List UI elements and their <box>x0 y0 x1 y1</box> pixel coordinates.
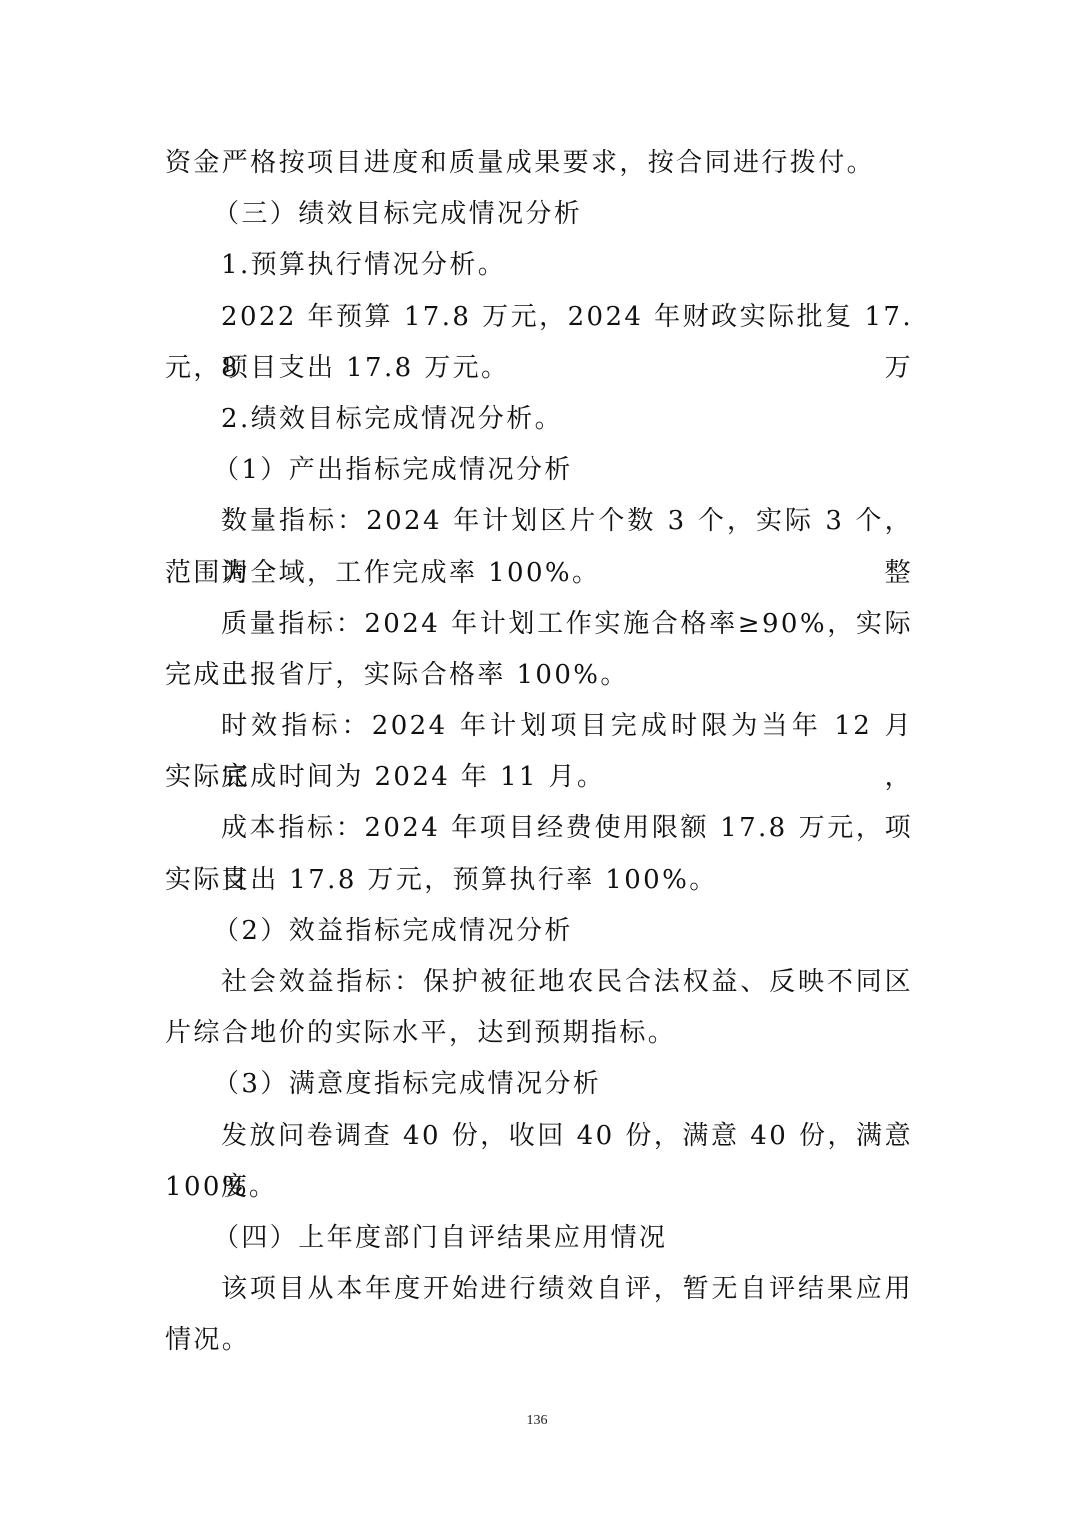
section-heading-performance-goals: （三）绩效目标完成情况分析 <box>165 189 913 240</box>
paragraph-quality-indicator-line-2: 完成上报省厅，实际合格率 100%。 <box>165 650 913 701</box>
paragraph-cost-indicator-line-2: 实际支出 17.8 万元，预算执行率 100%。 <box>165 855 913 906</box>
sub-section-heading-output-indicators: （1）产出指标完成情况分析 <box>165 445 913 496</box>
subheading-goal-completion: 2.绩效目标完成情况分析。 <box>165 394 913 445</box>
document-body: 资金严格按项目进度和质量成果要求，按合同进行拨付。 （三）绩效目标完成情况分析 … <box>165 138 913 1367</box>
paragraph-prior-year-evaluation-line-1: 该项目从本年度开始进行绩效自评，暂无自评结果应用 <box>165 1264 913 1315</box>
paragraph-cost-indicator-line-1: 成本指标：2024 年项目经费使用限额 17.8 万元，项目 <box>165 803 913 854</box>
paragraph-prior-year-evaluation-line-2: 情况。 <box>165 1315 913 1366</box>
paragraph-timeliness-indicator-line-1: 时效指标：2024 年计划项目完成时限为当年 12 月底， <box>165 701 913 752</box>
page-number: 136 <box>0 1413 1074 1429</box>
section-heading-prior-year-evaluation: （四）上年度部门自评结果应用情况 <box>165 1213 913 1264</box>
paragraph-social-benefit-line-1: 社会效益指标：保护被征地农民合法权益、反映不同区 <box>165 957 913 1008</box>
paragraph-quality-indicator-line-1: 质量指标：2024 年计划工作实施合格率≥90%，实际已 <box>165 599 913 650</box>
document-page: 资金严格按项目进度和质量成果要求，按合同进行拨付。 （三）绩效目标完成情况分析 … <box>0 0 1074 1520</box>
paragraph-satisfaction-line-1: 发放问卷调查 40 份，收回 40 份，满意 40 份，满意度 <box>165 1111 913 1162</box>
paragraph-social-benefit-line-2: 片综合地价的实际水平，达到预期指标。 <box>165 1008 913 1059</box>
paragraph-satisfaction-line-2: 100%。 <box>165 1162 913 1213</box>
paragraph-quantity-indicator-line-1: 数量指标：2024 年计划区片个数 3 个，实际 3 个，调整 <box>165 496 913 547</box>
sub-section-heading-benefit-indicators: （2）效益指标完成情况分析 <box>165 906 913 957</box>
sub-section-heading-satisfaction-indicators: （3）满意度指标完成情况分析 <box>165 1059 913 1110</box>
paragraph-continuation-funding: 资金严格按项目进度和质量成果要求，按合同进行拨付。 <box>165 138 913 189</box>
paragraph-budget-line-1: 2022 年预算 17.8 万元，2024 年财政实际批复 17.8 万 <box>165 292 913 343</box>
subheading-budget-execution: 1.预算执行情况分析。 <box>165 240 913 291</box>
